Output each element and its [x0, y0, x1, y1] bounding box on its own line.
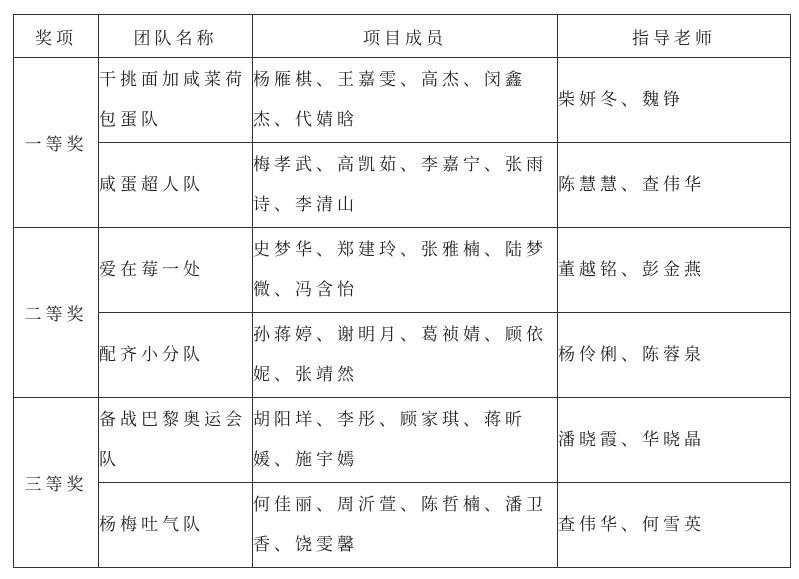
team-members: 孙蒋婷、谢明月、葛祯婧、顾依妮、张靖然 [253, 313, 558, 398]
table-row: 一等奖 干挑面加咸菜荷包蛋队 杨雁棋、王嘉雯、高杰、闵鑫杰、代婧晗 柴妍冬、魏铮 [14, 58, 791, 143]
awards-table: 奖项 团队名称 项目成员 指导老师 一等奖 干挑面加咸菜荷包蛋队 杨雁棋、王嘉雯… [13, 14, 791, 568]
team-advisors: 陈慧慧、查伟华 [558, 143, 791, 228]
table-row: 配齐小分队 孙蒋婷、谢明月、葛祯婧、顾依妮、张靖然 杨伶俐、陈蓉泉 [14, 313, 791, 398]
team-advisors: 潘晓霞、华晓晶 [558, 398, 791, 483]
team-name: 干挑面加咸菜荷包蛋队 [99, 58, 253, 143]
team-members: 胡阳垟、李彤、顾家琪、蒋昕媛、施宇嫣 [253, 398, 558, 483]
team-advisors: 杨伶俐、陈蓉泉 [558, 313, 791, 398]
team-members: 史梦华、郑建玲、张雅楠、陆梦微、冯含怡 [253, 228, 558, 313]
header-members: 项目成员 [253, 15, 558, 58]
header-team-name: 团队名称 [99, 15, 253, 58]
team-name: 杨梅吐气队 [99, 483, 253, 568]
prize-first: 一等奖 [14, 58, 99, 228]
team-name: 咸蛋超人队 [99, 143, 253, 228]
table-row: 三等奖 备战巴黎奥运会队 胡阳垟、李彤、顾家琪、蒋昕媛、施宇嫣 潘晓霞、华晓晶 [14, 398, 791, 483]
table-row: 二等奖 爱在莓一处 史梦华、郑建玲、张雅楠、陆梦微、冯含怡 董越铭、彭金燕 [14, 228, 791, 313]
team-advisors: 董越铭、彭金燕 [558, 228, 791, 313]
team-members: 何佳丽、周沂萱、陈哲楠、潘卫香、饶雯馨 [253, 483, 558, 568]
team-name: 配齐小分队 [99, 313, 253, 398]
team-members: 梅孝武、高凯茹、李嘉宁、张雨诗、李清山 [253, 143, 558, 228]
table-row: 咸蛋超人队 梅孝武、高凯茹、李嘉宁、张雨诗、李清山 陈慧慧、查伟华 [14, 143, 791, 228]
team-members: 杨雁棋、王嘉雯、高杰、闵鑫杰、代婧晗 [253, 58, 558, 143]
header-row: 奖项 团队名称 项目成员 指导老师 [14, 15, 791, 58]
prize-third: 三等奖 [14, 398, 99, 568]
team-advisors: 柴妍冬、魏铮 [558, 58, 791, 143]
team-advisors: 查伟华、何雪英 [558, 483, 791, 568]
table-row: 杨梅吐气队 何佳丽、周沂萱、陈哲楠、潘卫香、饶雯馨 查伟华、何雪英 [14, 483, 791, 568]
prize-second: 二等奖 [14, 228, 99, 398]
header-prize: 奖项 [14, 15, 99, 58]
team-name: 爱在莓一处 [99, 228, 253, 313]
team-name: 备战巴黎奥运会队 [99, 398, 253, 483]
header-advisors: 指导老师 [558, 15, 791, 58]
